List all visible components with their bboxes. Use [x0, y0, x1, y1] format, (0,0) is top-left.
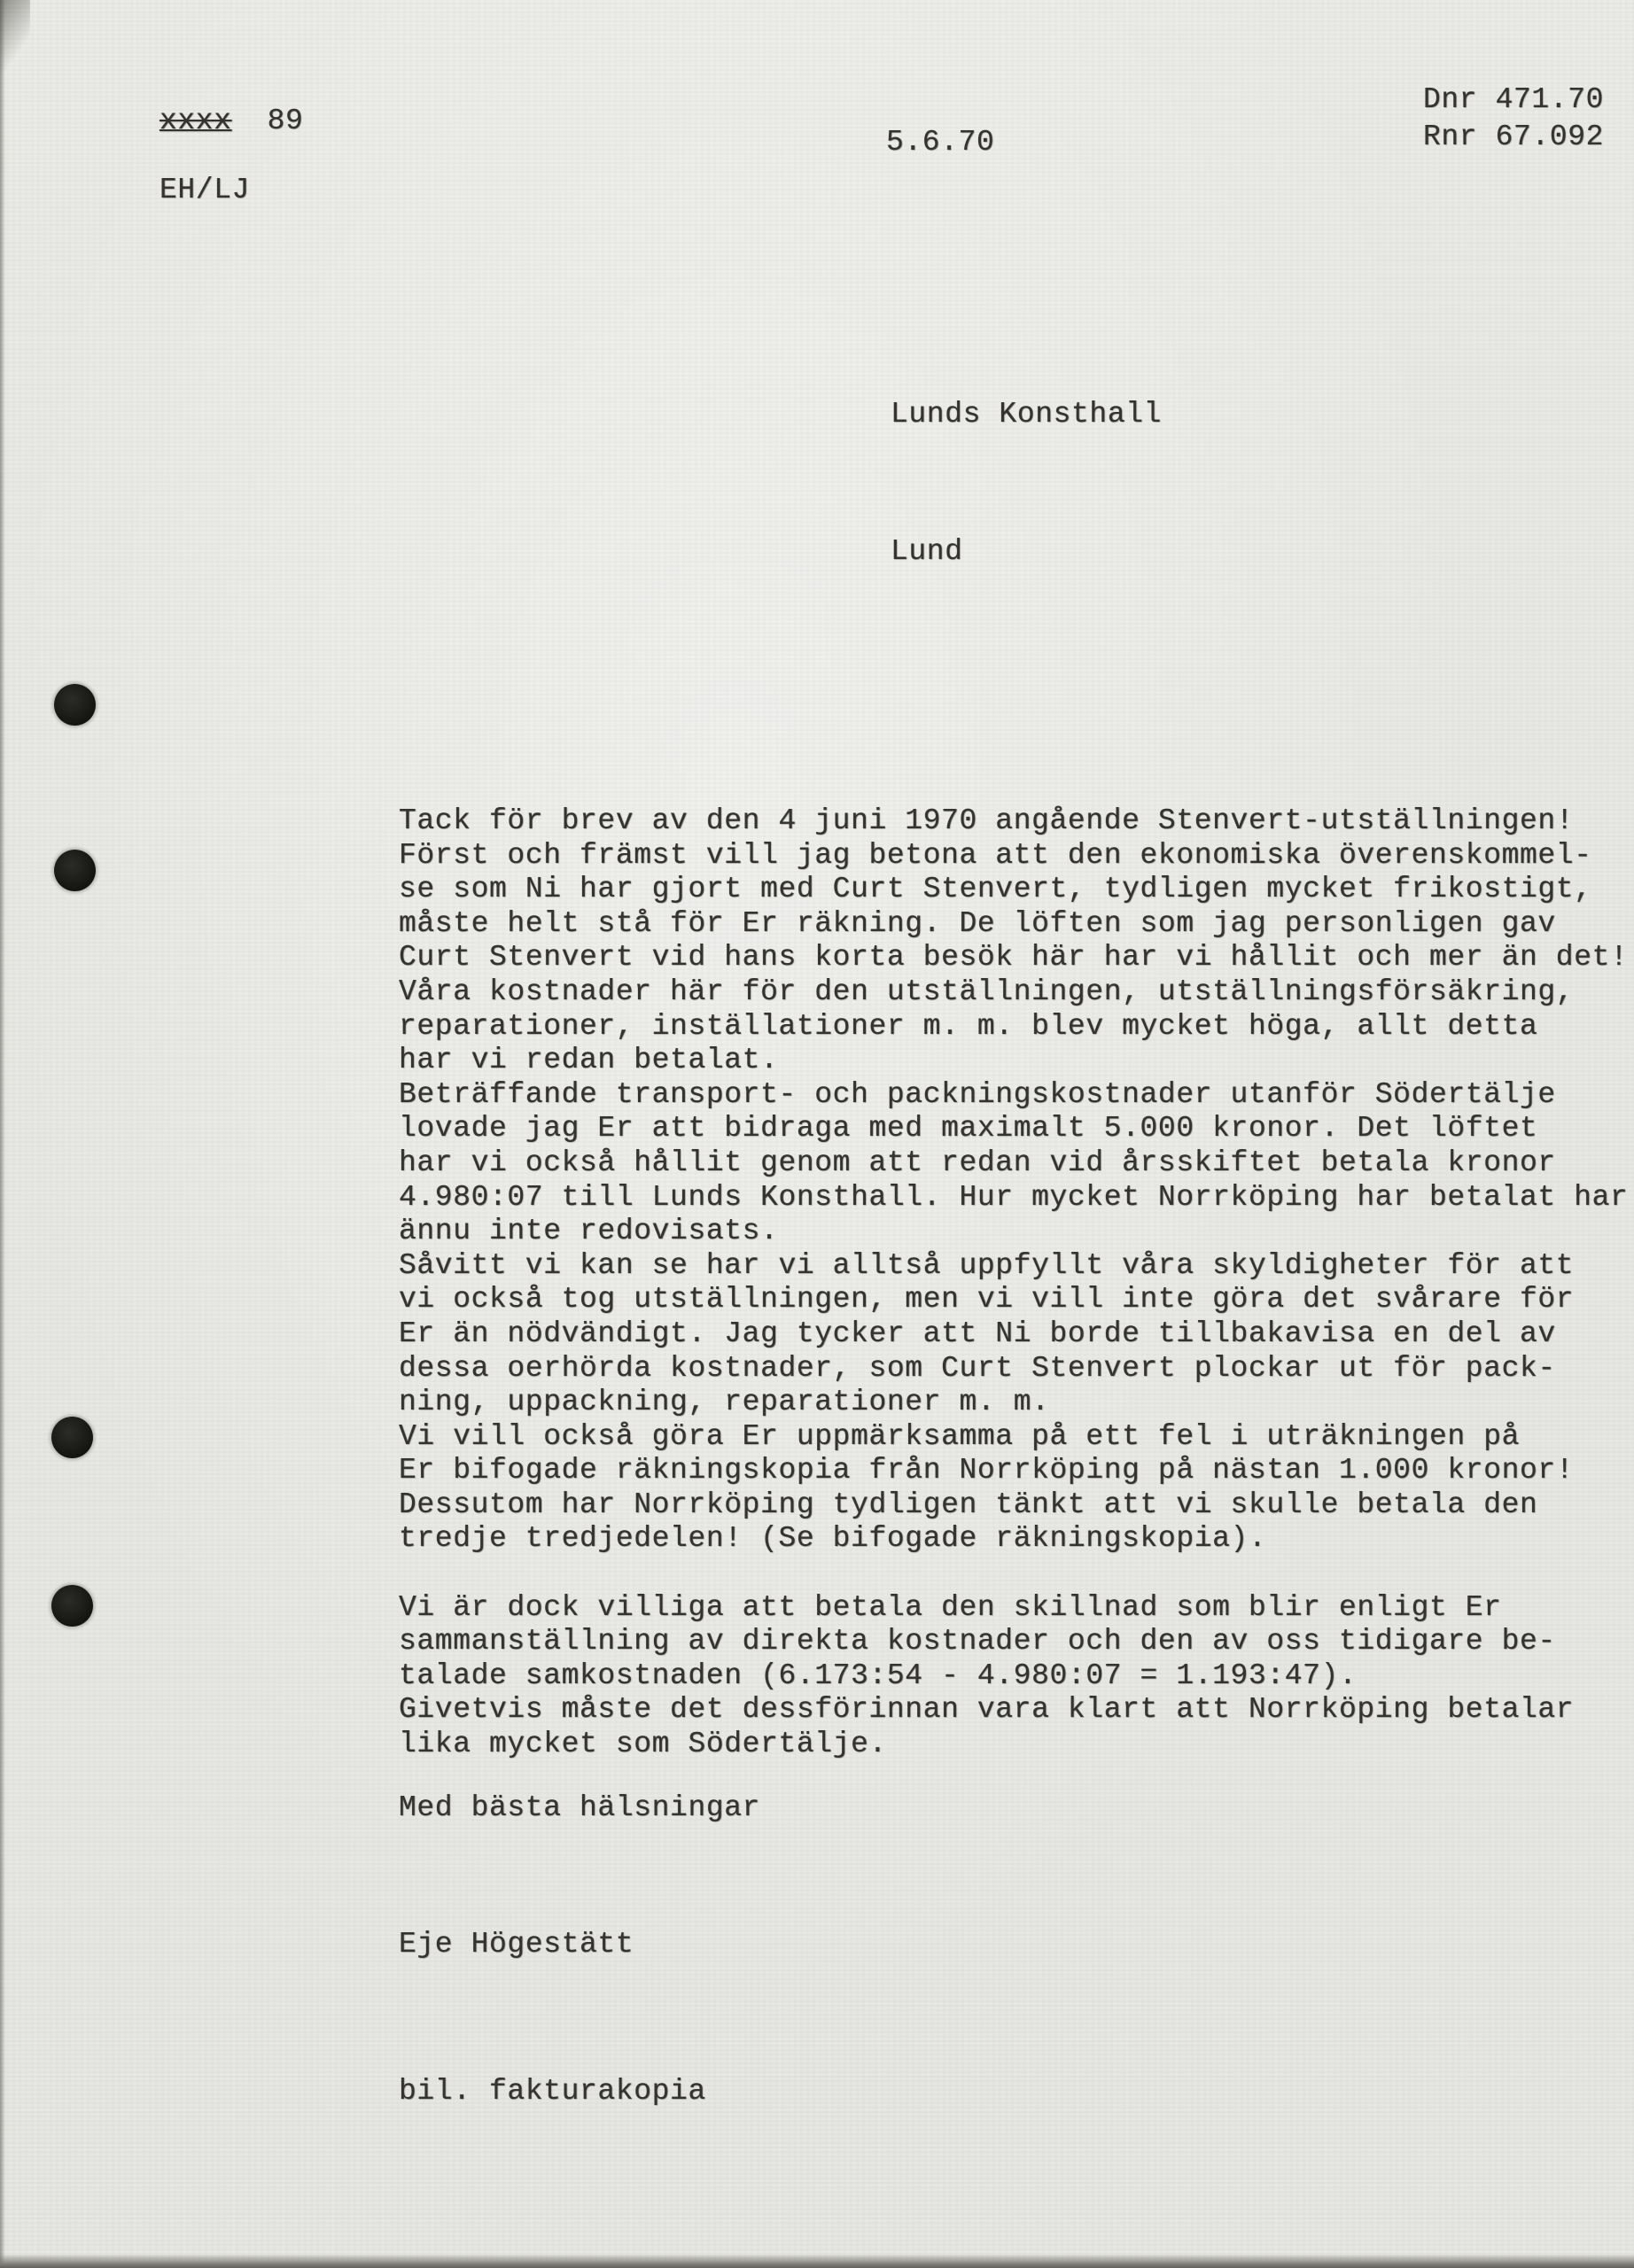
- reference-number: 89: [268, 105, 304, 137]
- enclosure-note: bil. fakturakopia: [399, 2075, 706, 2109]
- body-line: Våra kostnader här för den utställningen…: [399, 975, 1628, 1010]
- body-line: Beträffande transport- och packningskost…: [399, 1078, 1628, 1113]
- initials: EH/LJ: [160, 174, 250, 208]
- body-line: Curt Stenvert vid hans korta besök här h…: [399, 941, 1628, 975]
- body-line: Givetvis måste det dessförinnan vara kla…: [399, 1693, 1628, 1728]
- punch-hole: [54, 850, 96, 891]
- body-line: Såvitt vi kan se har vi alltså uppfyllt …: [399, 1249, 1628, 1284]
- body-line: dessa oerhörda kostnader, som Curt Stenv…: [399, 1352, 1628, 1386]
- punch-hole: [51, 1585, 93, 1627]
- body-line: Först och främst vill jag betona att den…: [399, 839, 1628, 874]
- recipient-block: Lunds Konsthall Lund: [891, 330, 1162, 673]
- body-line: Dessutom har Norrköping tydligen tänkt a…: [399, 1488, 1628, 1523]
- body-line: Er bifogade räkningskopia från Norrköpin…: [399, 1454, 1628, 1488]
- body-line: Er än nödvändigt. Jag tycker att Ni bord…: [399, 1317, 1628, 1352]
- body-line: Vi är dock villiga att betala den skilln…: [399, 1591, 1628, 1626]
- scan-left-edge-shadow: [0, 0, 5, 2268]
- letter-date: 5.6.70: [886, 126, 994, 160]
- body-line: måste helt stå för Er räkning. De löften…: [399, 907, 1628, 942]
- closing-salutation: Med bästa hälsningar: [399, 1791, 760, 1826]
- body-line: ning, uppackning, reparationer m. m.: [399, 1386, 1628, 1420]
- scan-corner-shadow: [0, 0, 30, 80]
- scanned-letter-page: xxxx89 EH/LJ 5.6.70 Dnr 471.70 Rnr 67.09…: [0, 0, 1634, 2268]
- recipient-city: Lund: [891, 535, 1162, 604]
- body-line: se som Ni har gjort med Curt Stenvert, t…: [399, 873, 1628, 907]
- body-line: talade samkostnaden (6.173:54 - 4.980:07…: [399, 1659, 1628, 1694]
- scan-bottom-edge-shadow: [0, 2255, 1634, 2268]
- body-line: har vi redan betalat.: [399, 1044, 1628, 1078]
- body-line: lovade jag Er att bidraga med maximalt 5…: [399, 1112, 1628, 1146]
- body-line: 4.980:07 till Lunds Konsthall. Hur mycke…: [399, 1181, 1628, 1216]
- body-line: har vi också hållit genom att redan vid …: [399, 1146, 1628, 1181]
- reference-marks: xxxx89: [160, 105, 303, 139]
- crossed-out-text: xxxx: [160, 105, 232, 137]
- punch-hole: [54, 684, 96, 726]
- letter-body: Tack för brev av den 4 juni 1970 angåend…: [399, 804, 1628, 1762]
- body-line: Tack för brev av den 4 juni 1970 angåend…: [399, 804, 1628, 839]
- body-line: [399, 1557, 1628, 1591]
- body-line: sammanställning av direkta kostnader och…: [399, 1625, 1628, 1659]
- body-line: Vi vill också göra Er uppmärksamma på et…: [399, 1420, 1628, 1455]
- body-line: vi också tog utställningen, men vi vill …: [399, 1283, 1628, 1317]
- recipient-name: Lunds Konsthall: [891, 398, 1162, 467]
- body-line: ännu inte redovisats.: [399, 1215, 1628, 1249]
- signature-name: Eje Högestätt: [399, 1928, 634, 1962]
- body-line: lika mycket som Södertälje.: [399, 1728, 1628, 1762]
- registry-rnr: Rnr 67.092: [1423, 120, 1604, 155]
- registry-dnr: Dnr 471.70: [1423, 83, 1604, 118]
- body-line: reparationer, inställationer m. m. blev …: [399, 1010, 1628, 1045]
- punch-hole: [51, 1417, 93, 1458]
- body-line: tredje tredjedelen! (Se bifogade räkning…: [399, 1522, 1628, 1557]
